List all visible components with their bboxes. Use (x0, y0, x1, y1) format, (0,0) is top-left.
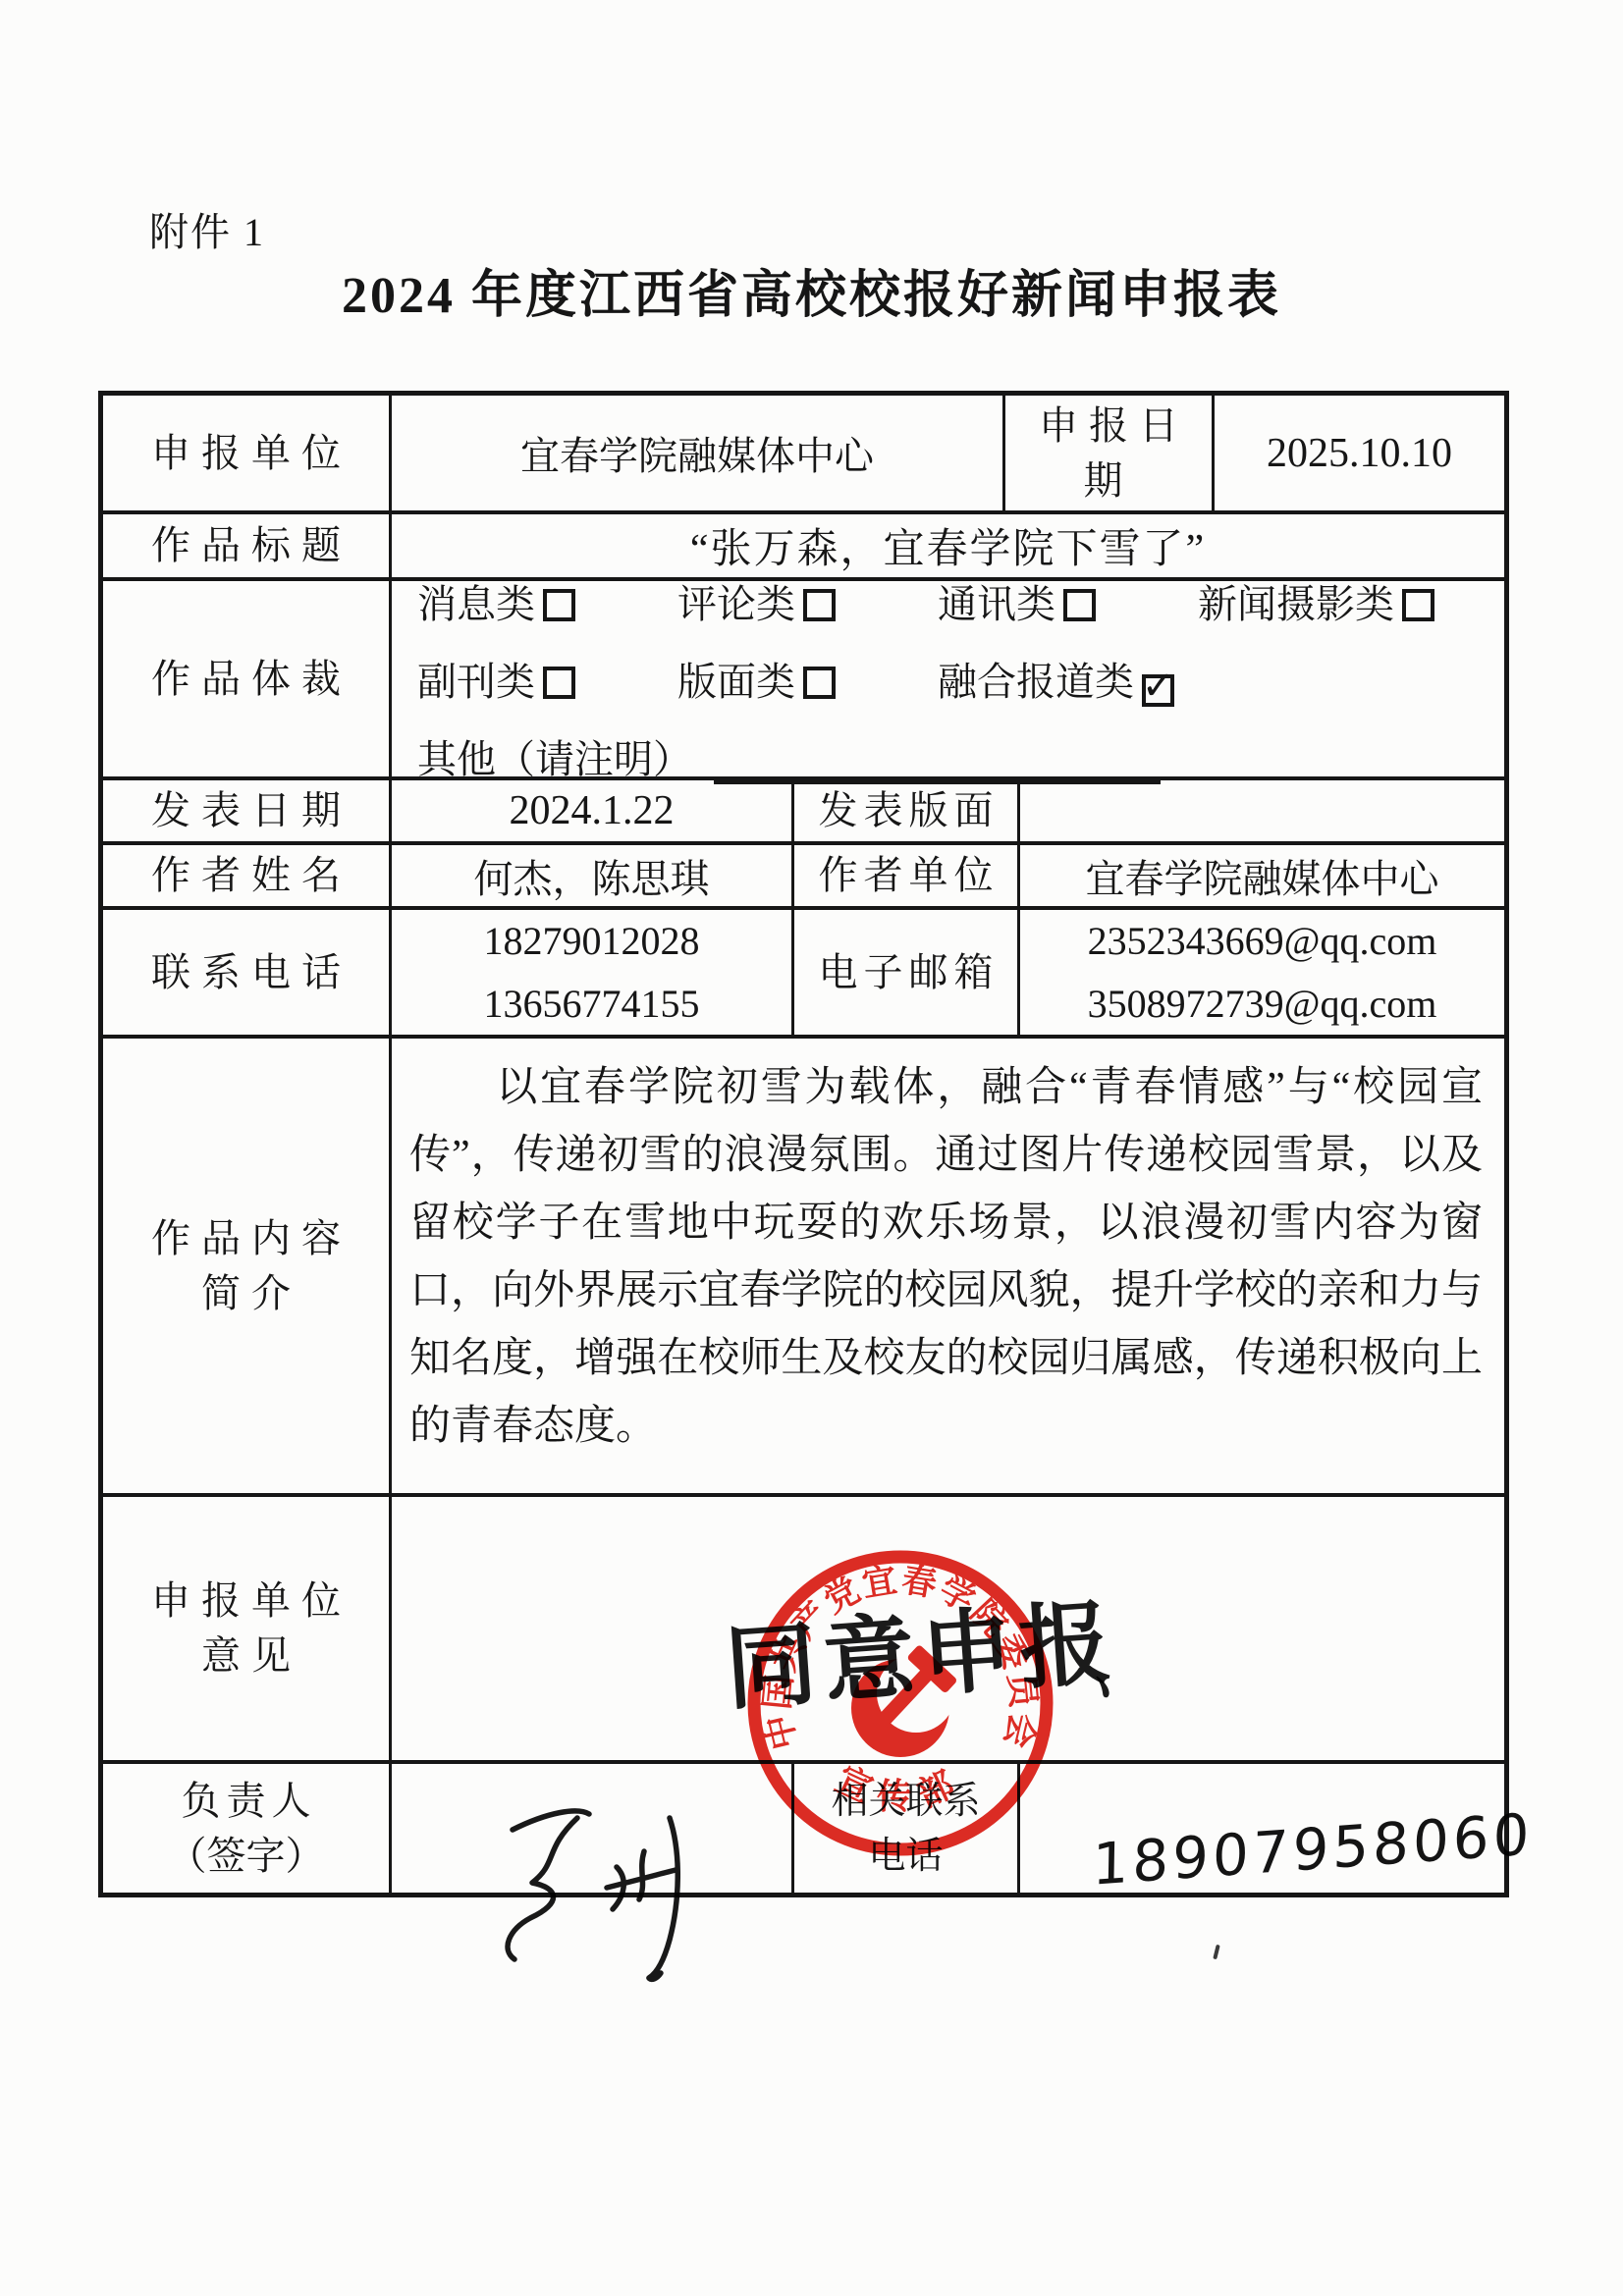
genre-option-comment: 评论类 (677, 573, 836, 629)
publish-page-label: 发表版面 (794, 780, 1020, 841)
genre-option-supplement: 副刊类 (417, 651, 575, 707)
approval-note-handwriting: 同意申报 (721, 1569, 1121, 1728)
publish-page-value (1020, 780, 1504, 841)
checkbox-news (543, 589, 575, 621)
author-unit-label: 作者单位 (794, 845, 1020, 906)
responsible-label: 负责人 （签字） (103, 1764, 392, 1893)
row-publish-date: 发表日期 2024.1.22 发表版面 (103, 780, 1504, 845)
check-mark: ✓ (1142, 676, 1175, 696)
summary-content: 以宜春学院初雪为载体，融合“青春情感”与“校园宣传”，传递初雪的浪漫氛围。通过图… (392, 1039, 1504, 1493)
summary-text: 以宜春学院初雪为载体，融合“青春情感”与“校园宣传”，传递初雪的浪漫氛围。通过图… (392, 1039, 1504, 1461)
genre-line-2: 副刊类 版面类 融合报道类✓ (417, 651, 1174, 708)
declare-date-label: 申报日期 (1005, 396, 1215, 510)
genre-options: 消息类 评论类 通讯类 新闻摄影类 副刊类 版面类 融合报道类✓ 其他（请注明） (392, 581, 1504, 776)
responsible-label-bottom: （签字） (168, 1829, 325, 1884)
checkbox-converged-checked: ✓ (1142, 674, 1174, 707)
row-authors: 作者姓名 何杰，陈思琪 作者单位 宜春学院融媒体中心 (103, 845, 1504, 910)
email-label: 电子邮箱 (794, 910, 1020, 1035)
page-title: 2024 年度江西省高校校报好新闻申报表 (0, 253, 1623, 327)
genre-option-converged: 融合报道类✓ (938, 651, 1174, 708)
svg-text:宣传部: 宣传部 (830, 1759, 971, 1816)
authors-label: 作者姓名 (103, 845, 392, 906)
checkbox-supplement (543, 667, 575, 699)
attachment-label: 附件 1 (149, 201, 265, 257)
declare-date-value: 2025.10.10 (1215, 396, 1504, 510)
contact-emails: 2352343669@qq.com 3508972739@qq.com (1020, 910, 1504, 1035)
responsible-label-top: 负责人 (176, 1774, 317, 1829)
contact-email-2: 3508972739@qq.com (1088, 973, 1437, 1036)
work-title-value: “张万森，宜春学院下雪了” (392, 514, 1504, 577)
opinion-label-bottom: 意见 (190, 1629, 301, 1683)
row-contact: 联系电话 18279012028 13656774155 电子邮箱 235234… (103, 910, 1504, 1039)
summary-label: 作品内容 简介 (103, 1039, 392, 1493)
publish-date-label: 发表日期 (103, 780, 392, 841)
contact-email-1: 2352343669@qq.com (1088, 910, 1437, 973)
checkbox-comment (803, 589, 836, 621)
row-work-title: 作品标题 “张万森，宜春学院下雪了” (103, 514, 1504, 581)
scanned-form-page: 附件 1 2024 年度江西省高校校报好新闻申报表 申报单位 宜春学院融媒体中心… (0, 0, 1623, 2296)
contact-phone-2: 13656774155 (484, 973, 700, 1036)
ink-tick-mark (1213, 1945, 1220, 1960)
genre-other-line: 其他（请注明） (417, 728, 1161, 784)
genre-option-photo: 新闻摄影类 (1198, 573, 1434, 629)
genre-line-1: 消息类 评论类 通讯类 新闻摄影类 (417, 573, 1434, 629)
signature-handwriting (461, 1792, 736, 1989)
declare-unit-label: 申报单位 (103, 396, 392, 510)
opinion-label: 申报单位 意见 (103, 1497, 392, 1760)
genre-option-report: 通讯类 (938, 573, 1096, 629)
work-title-label: 作品标题 (103, 514, 392, 577)
row-summary: 作品内容 简介 以宜春学院初雪为载体，融合“青春情感”与“校园宣传”，传递初雪的… (103, 1039, 1504, 1497)
genre-label: 作品体裁 (103, 581, 392, 776)
checkbox-report (1063, 589, 1096, 621)
signature-stroke (508, 1818, 577, 1959)
declare-unit-value: 宜春学院融媒体中心 (392, 396, 1005, 510)
row-declare-unit: 申报单位 宜春学院融媒体中心 申报日期 2025.10.10 (103, 396, 1504, 514)
summary-label-bottom: 简介 (190, 1266, 301, 1321)
signature-stroke (649, 1818, 677, 1978)
contact-phone-1: 18279012028 (484, 910, 700, 973)
summary-label-top: 作品内容 (140, 1211, 352, 1266)
genre-option-layout: 版面类 (677, 651, 836, 707)
stamp-bottom-text: 宣传部 (830, 1759, 971, 1816)
signature-stroke (639, 1851, 644, 1899)
row-genre: 作品体裁 消息类 评论类 通讯类 新闻摄影类 副刊类 版面类 融合报道类✓ 其他… (103, 581, 1504, 780)
contact-label: 联系电话 (103, 910, 392, 1035)
opinion-label-top: 申报单位 (140, 1574, 352, 1629)
publish-date-value: 2024.1.22 (392, 780, 794, 841)
author-unit-value: 宜春学院融媒体中心 (1020, 845, 1504, 906)
checkbox-layout (803, 667, 836, 699)
genre-option-news: 消息类 (417, 573, 575, 629)
checkbox-photo (1402, 589, 1434, 621)
contact-phones: 18279012028 13656774155 (392, 910, 794, 1035)
authors-value: 何杰，陈思琪 (392, 845, 794, 906)
genre-other-label: 其他（请注明） (417, 728, 692, 784)
genre-other-blank (714, 741, 1161, 784)
